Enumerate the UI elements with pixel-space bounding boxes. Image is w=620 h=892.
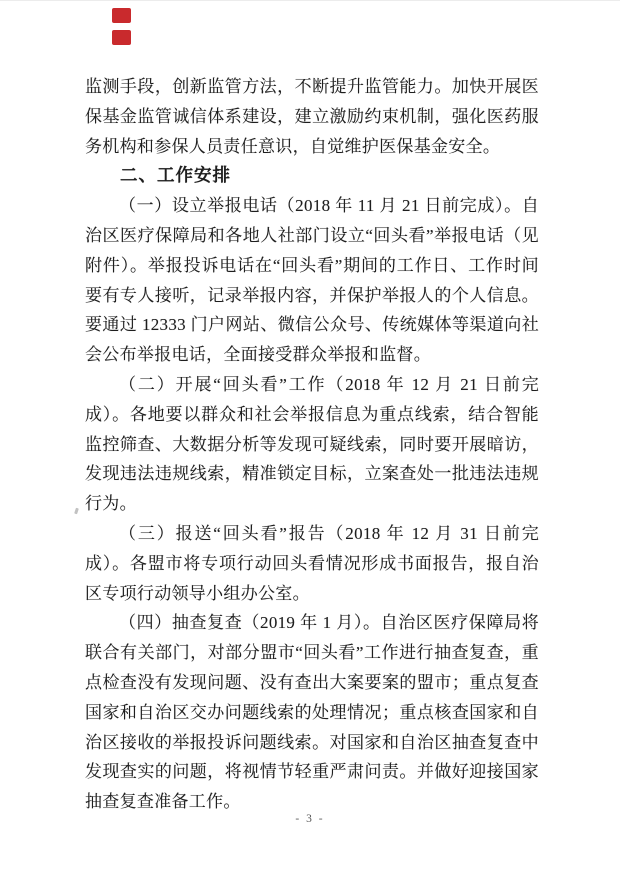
red-stamp-mark-bottom [112,30,131,45]
scan-speck [74,508,79,515]
red-stamp-mark-top [112,8,131,23]
document-body: 监测手段，创新监管方法，不断提升监管能力。加快开展医保基金监管诚信体系建设，建立… [85,72,539,817]
page-number: - 3 - [0,813,620,825]
paragraph-item-4: （四）抽查复查（2019 年 1 月）。自治区医疗保障局将联合有关部门，对部分盟… [85,608,539,817]
paragraph-item-3: （三）报送“回头看”报告（2018 年 12 月 31 日前完成）。各盟市将专项… [85,519,539,608]
paragraph-item-1: （一）设立举报电话（2018 年 11 月 21 日前完成）。自治区医疗保障局和… [85,191,539,370]
section-heading: 二、工作安排 [85,161,539,191]
scanned-document-page: 监测手段，创新监管方法，不断提升监管能力。加快开展医保基金监管诚信体系建设，建立… [0,0,620,892]
intro-continuation-paragraph: 监测手段，创新监管方法，不断提升监管能力。加快开展医保基金监管诚信体系建设，建立… [85,72,539,161]
paragraph-item-2: （二）开展“回头看”工作（2018 年 12 月 21 日前完成）。各地要以群众… [85,370,539,519]
